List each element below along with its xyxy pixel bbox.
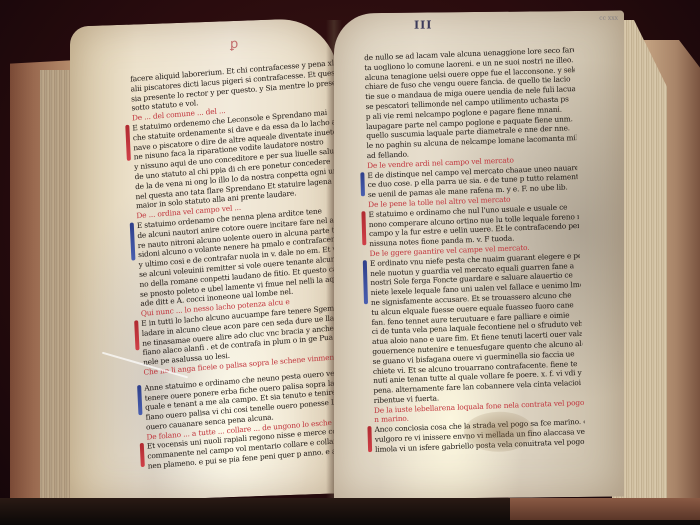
right-text-column: de nullo se ad lacam vale alcuna uenaggi…: [364, 45, 585, 454]
decorated-initial-red: [140, 443, 145, 467]
folio-number-right: III: [414, 18, 432, 31]
right-page: III cc xxx de nullo se ad lacam vale alc…: [334, 10, 624, 499]
corner-annotation: cc xxx: [599, 15, 618, 22]
paragraph: de nullo se ad lacam vale alcuna uenaggi…: [364, 45, 577, 161]
decorated-initial-blue: [137, 385, 142, 415]
decorated-initial-red: [367, 426, 372, 452]
decorated-initial-red: [125, 125, 131, 161]
decorated-initial-blue: [363, 260, 368, 304]
folio-mark-left: ꝑ: [230, 37, 238, 52]
display-stand-right: [510, 498, 700, 520]
paragraph: E statuimo ordenamo che nenna plena ardi…: [137, 205, 338, 309]
decorated-initial-blue: [130, 222, 136, 260]
decorated-initial-red: [134, 320, 139, 350]
decorated-initial-blue: [360, 172, 365, 196]
manuscript-photo: ꝑ facere aliquid laborerium. Et chi cont…: [0, 0, 700, 525]
paragraph: E statuimo ordenemo che Leconsole e Spre…: [132, 107, 338, 211]
paragraph: E statuimo e ordinamo che nul l'uno usua…: [368, 202, 579, 249]
paragraph: E ordinato vnu niefe pesta che nuaim gua…: [370, 251, 584, 406]
decorated-initial-red: [361, 211, 366, 245]
left-page: ꝑ facere aliquid laborerium. Et chi cont…: [70, 17, 338, 502]
left-text-column: facere aliquid laborerium. Et chi contra…: [130, 58, 338, 471]
